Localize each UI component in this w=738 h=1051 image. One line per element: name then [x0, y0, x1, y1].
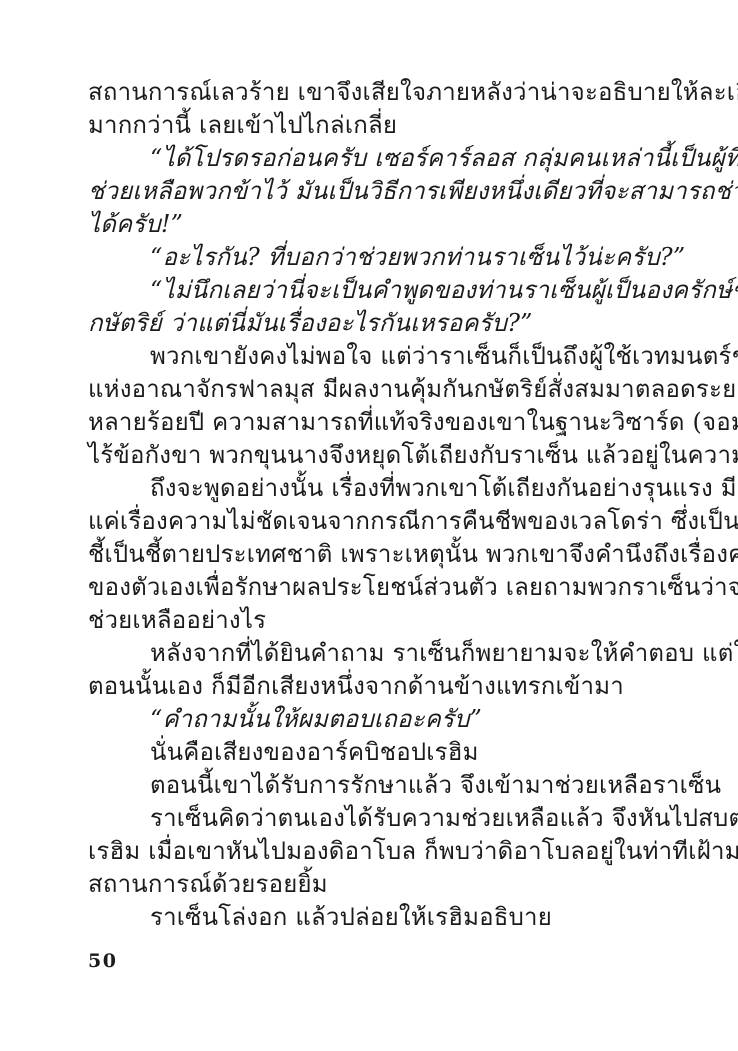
- text-line: ช่วยเหลือพวกข้าไว้ มันเป็นวิธีการเพียงหน…: [88, 175, 660, 208]
- text-line: ราเซ็นคิดว่าตนเองได้รับความช่วยเหลือแล้ว…: [88, 802, 660, 835]
- text-line: นั่นคือเสียงของอาร์คบิชอปเรฮิม: [88, 736, 660, 769]
- book-page: สถานการณ์เลวร้าย เขาจึงเสียใจภายหลังว่าน…: [0, 0, 738, 1051]
- text-line: ของตัวเองเพื่อรักษาผลประโยชน์ส่วนตัว เลย…: [88, 571, 660, 604]
- text-line: เรฮิม เมื่อเขาหันไปมองดิอาโบล ก็พบว่าดิอ…: [88, 835, 660, 868]
- text-line: สถานการณ์เลวร้าย เขาจึงเสียใจภายหลังว่าน…: [88, 76, 660, 109]
- text-line: ตอนนี้เขาได้รับการรักษาแล้ว จึงเข้ามาช่ว…: [88, 769, 660, 802]
- text-line: พวกเขายังคงไม่พอใจ แต่ว่าราเซ็นก็เป็นถึง…: [88, 340, 660, 373]
- text-line: แห่งอาณาจักรฟาลมุส มีผลงานคุ้มกันกษัตริย…: [88, 373, 660, 406]
- text-block: สถานการณ์เลวร้าย เขาจึงเสียใจภายหลังว่าน…: [88, 76, 660, 934]
- text-line: “อะไรกัน? ที่บอกว่าช่วยพวกท่านราเซ็นไว้น…: [88, 241, 660, 274]
- text-line: กษัตริย์ ว่าแต่นี่มันเรื่องอะไรกันเหรอคร…: [88, 307, 660, 340]
- text-line: “ไม่นึกเลยว่านี่จะเป็นคำพูดของท่านราเซ็น…: [88, 274, 660, 307]
- text-line: มากกว่านี้ เลยเข้าไปไกล่เกลี่ย: [88, 109, 660, 142]
- text-line: หลายร้อยปี ความสามารถที่แท้จริงของเขาในฐ…: [88, 406, 660, 439]
- text-line: ชี้เป็นชี้ตายประเทศชาติ เพราะเหตุนั้น พว…: [88, 538, 660, 571]
- text-line: “ได้โปรดรอก่อนครับ เซอร์คาร์ลอส กลุ่มคนเ…: [88, 142, 660, 175]
- text-line: หลังจากที่ได้ยินคำถาม ราเซ็นก็พยายามจะให…: [88, 637, 660, 670]
- text-line: ได้ครับ!”: [88, 208, 660, 241]
- text-line: ราเซ็นโล่งอก แล้วปล่อยให้เรฮิมอธิบาย: [88, 901, 660, 934]
- page-number: 50: [88, 950, 117, 972]
- text-line: ถึงจะพูดอย่างนั้น เรื่องที่พวกเขาโต้เถีย…: [88, 472, 660, 505]
- text-line: ตอนนั้นเอง ก็มีอีกเสียงหนึ่งจากด้านข้างแ…: [88, 670, 660, 703]
- text-line: สถานการณ์ด้วยรอยยิ้ม: [88, 868, 660, 901]
- text-line: “คำถามนั้นให้ผมตอบเถอะครับ”: [88, 703, 660, 736]
- text-line: ไร้ข้อกังขา พวกขุนนางจึงหยุดโต้เถียงกับร…: [88, 439, 660, 472]
- text-line: ช่วยเหลืออย่างไร: [88, 604, 660, 637]
- text-line: แค่เรื่องความไม่ชัดเจนจากกรณีการคืนชีพขอ…: [88, 505, 660, 538]
